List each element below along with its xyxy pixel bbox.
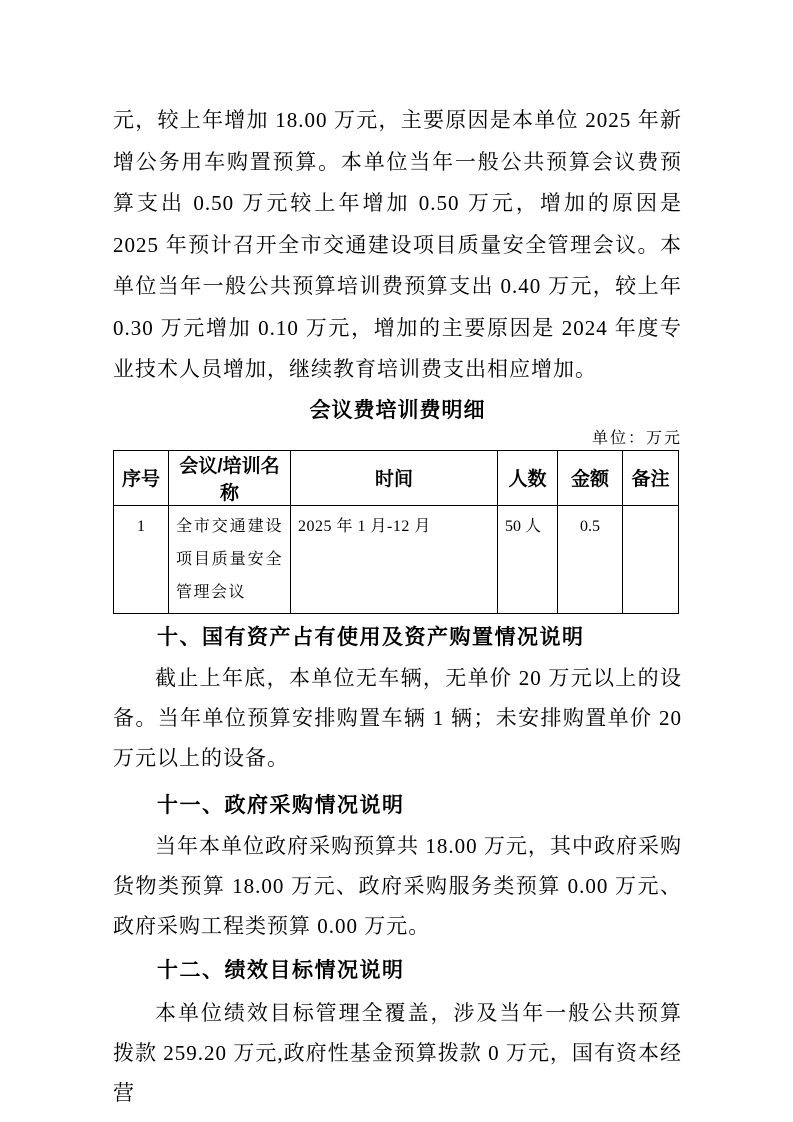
section-heading-state-assets: 十、国有资产占有使用及资产购置情况说明 xyxy=(113,623,682,653)
section-heading-performance-targets: 十二、绩效目标情况说明 xyxy=(113,956,682,986)
section-body-state-assets: 截止上年底，本单位无车辆，无单价 20 万元以上的设备。当年单位预算安排购置车辆… xyxy=(113,658,682,778)
cell-remark xyxy=(623,505,679,613)
cell-seq: 1 xyxy=(114,505,169,613)
cell-time: 2025 年 1 月-12 月 xyxy=(291,505,498,613)
section-body-gov-procurement: 当年本单位政府采购预算共 18.00 万元，其中政府采购货物类预算 18.00 … xyxy=(113,826,682,946)
col-header-remark: 备注 xyxy=(623,450,679,505)
continued-paragraph: 元，较上年增加 18.00 万元，主要原因是本单位 2025 年新增公务用车购置… xyxy=(113,100,682,391)
table-title: 会议费培训费明细 xyxy=(113,397,682,425)
col-header-people: 人数 xyxy=(498,450,558,505)
col-header-name: 会议/培训名称 xyxy=(169,450,291,505)
cell-name: 全市交通建设项目质量安全管理会议 xyxy=(169,505,291,613)
cell-people: 50 人 xyxy=(498,505,558,613)
document-content: 元，较上年增加 18.00 万元，主要原因是本单位 2025 年新增公务用车购置… xyxy=(113,100,682,1113)
col-header-time: 时间 xyxy=(291,450,498,505)
table-header-row: 序号 会议/培训名称 时间 人数 金额 备注 xyxy=(114,450,679,505)
cell-amount: 0.5 xyxy=(558,505,623,613)
document-page: 元，较上年增加 18.00 万元，主要原因是本单位 2025 年新增公务用车购置… xyxy=(0,0,793,1122)
section-heading-gov-procurement: 十一、政府采购情况说明 xyxy=(113,791,682,821)
section-body-performance-targets: 本单位绩效目标管理全覆盖，涉及当年一般公共预算拨款 259.20 万元,政府性基… xyxy=(113,993,682,1113)
col-header-amount: 金额 xyxy=(558,450,623,505)
table-row: 1 全市交通建设项目质量安全管理会议 2025 年 1 月-12 月 50 人 … xyxy=(114,505,679,613)
table-unit-note: 单位：万元 xyxy=(113,428,682,450)
meeting-training-table: 序号 会议/培训名称 时间 人数 金额 备注 1 全市交通建设项目质量安全管理会… xyxy=(113,450,679,614)
col-header-seq: 序号 xyxy=(114,450,169,505)
